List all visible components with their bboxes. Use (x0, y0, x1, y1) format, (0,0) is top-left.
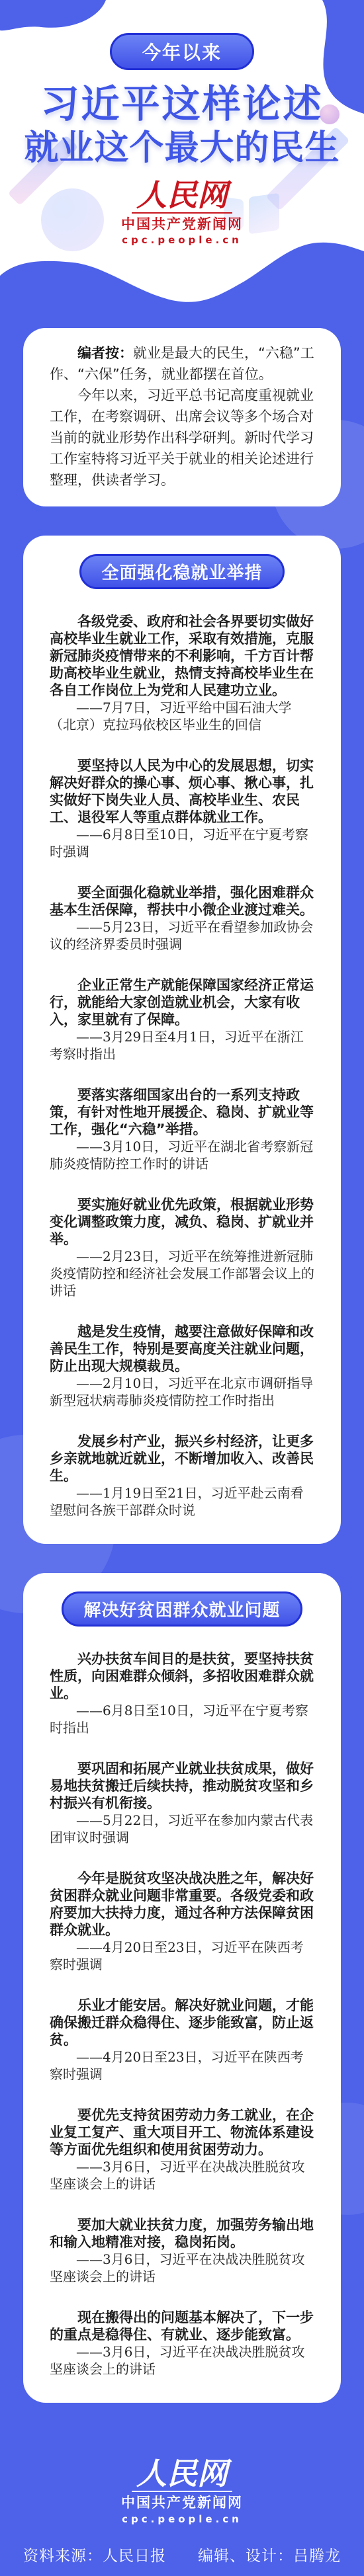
quote-source: ——2月10日，习近平在北京市调研指导新型冠状病毒肺炎疫情防控工作时指出 (50, 1375, 314, 1409)
page-title-line1: 习近平这样论述 (0, 83, 364, 126)
people-daily-logo-white: 人民网 中国共产党新闻网 cpc.people.cn (0, 2458, 364, 2526)
section-heading-pill: 全面强化稳就业举措 (79, 554, 284, 589)
quote-block: 要坚持以人民为中心的发展思想，切实解决好群众的操心事、烦心事、揪心事，扎实做好下… (50, 757, 314, 860)
quote-block: 发展乡村产业，振兴乡村经济，让更多乡亲就地就近就业，不断增加收入、改善民生。 —… (50, 1433, 314, 1519)
quote-block: 今年是脱贫攻坚决战决胜之年，解决好贫困群众就业问题非常重要。各级党委和政府要加大… (50, 1870, 314, 1973)
quote-block: 兴办扶贫车间目的是扶贫，要坚持扶贫性质，向困难群众倾斜，多招收困难群众就业。 —… (50, 1650, 314, 1736)
infographic-page: 今年以来 习近平这样论述 就业这个最大的民生 人民网 中国共产党新闻网 cpc.… (0, 0, 364, 2576)
editor-note-label: 编者按： (77, 345, 133, 361)
quote-source: ——3月29日至4月1日，习近平在浙江考察时指出 (50, 1028, 314, 1063)
quote-source: ——3月6日，习近平在决战决胜脱贫攻坚座谈会上的讲话 (50, 2251, 314, 2285)
quote-source: ——4月20日至23日，习近平在陕西考察时强调 (50, 1939, 314, 1973)
quote-list: 兴办扶贫车间目的是扶贫，要坚持扶贫性质，向困难群众倾斜，多招收困难群众就业。 —… (50, 1650, 314, 2378)
quote-list: 各级党委、政府和社会各界要切实做好高校毕业生就业工作，采取有效措施，克服新冠肺炎… (50, 613, 314, 1519)
quote-text: 各级党委、政府和社会各界要切实做好高校毕业生就业工作，采取有效措施，克服新冠肺炎… (50, 613, 314, 699)
quote-text: 发展乡村产业，振兴乡村经济，让更多乡亲就地就近就业，不断增加收入、改善民生。 (50, 1433, 314, 1484)
quote-text: 现在搬得出的问题基本解决了，下一步的重点是稳得住、有就业、逐步能致富。 (50, 2309, 314, 2343)
page-title-line2: 就业这个最大的民生 (0, 130, 364, 167)
editor-note-paragraph-2: 今年以来，习近平总书记高度重视就业工作，在考察调研、出席会议等多个场合对当前的就… (50, 385, 314, 491)
quote-block: 要优先支持贫困劳动力务工就业，在企业复工复产、重大项目开工、物流体系建设等方面优… (50, 2107, 314, 2193)
section-card: 全面强化稳就业举措 各级党委、政府和社会各界要切实做好高校毕业生就业工作，采取有… (23, 536, 341, 1544)
people-daily-script: 人民网 (0, 2458, 364, 2489)
quote-block: 乐业才能安居。解决好就业问题，才能确保搬迁群众稳得住、逐步能致富，防止返贫。 —… (50, 1997, 314, 2083)
site-url: cpc.people.cn (0, 233, 364, 248)
quote-block: 要加大就业扶贫力度，加强劳务输出地和输入地精准对接，稳岗拓岗。 ——3月6日，习… (50, 2216, 314, 2285)
quote-block: 要巩固和拓展产业就业扶贫成果，做好易地扶贫搬迁后续扶持，推动脱贫攻坚和乡村振兴有… (50, 1760, 314, 1846)
people-daily-logo-red: 人民网 中国共产党新闻网 cpc.people.cn (0, 179, 364, 248)
quote-block: 越是发生疫情，越要注意做好保障和改善民生工作，特别是要高度关注就业问题，防止出现… (50, 1323, 314, 1409)
credit-line: 资料来源：人民日报 编辑、设计：吕腾龙 (0, 2544, 364, 2565)
quote-source: ——2月23日，习近平在统筹推进新冠肺炎疫情防控和经济社会发展工作部署会议上的讲… (50, 1248, 314, 1299)
quote-text: 要加大就业扶贫力度，加强劳务输出地和输入地精准对接，稳岗拓岗。 (50, 2216, 314, 2251)
quote-text: 乐业才能安居。解决好就业问题，才能确保搬迁群众稳得住、逐步能致富，防止返贫。 (50, 1997, 314, 2048)
badge-pill: 今年以来 (110, 33, 254, 70)
sections-container: 全面强化稳就业举措 各级党委、政府和社会各界要切实做好高校毕业生就业工作，采取有… (0, 536, 364, 2403)
quote-text: 要全面强化稳就业举措，强化困难群众基本生活保障，帮扶中小微企业渡过难关。 (50, 884, 314, 918)
quote-block: 要落实落细国家出台的一系列支持政策，有针对性地开展援企、稳岗、扩就业等工作，强化… (50, 1086, 314, 1172)
site-name: 中国共产党新闻网 (0, 2495, 364, 2511)
quote-source: ——1月19日至21日，习近平赴云南看望慰问各族干部群众时说 (50, 1484, 314, 1519)
site-name: 中国共产党新闻网 (0, 216, 364, 233)
quote-source: ——3月10日，习近平在湖北省考察新冠肺炎疫情防控工作时的讲话 (50, 1138, 314, 1172)
quote-text: 企业正常生产就能保障国家经济正常运行，就能给大家创造就业机会，大家有收入，家里就… (50, 977, 314, 1028)
quote-source: ——5月22日，习近平在参加内蒙古代表团审议时强调 (50, 1812, 314, 1846)
quote-text: 要巩固和拓展产业就业扶贫成果，做好易地扶贫搬迁后续扶持，推动脱贫攻坚和乡村振兴有… (50, 1760, 314, 1812)
quote-text: 要优先支持贫困劳动力务工就业，在企业复工复产、重大项目开工、物流体系建设等方面优… (50, 2107, 314, 2158)
quote-block: 各级党委、政府和社会各界要切实做好高校毕业生就业工作，采取有效措施，克服新冠肺炎… (50, 613, 314, 733)
quote-text: 要落实落细国家出台的一系列支持政策，有针对性地开展援企、稳岗、扩就业等工作，强化… (50, 1086, 314, 1138)
quote-text: 要坚持以人民为中心的发展思想，切实解决好群众的操心事、烦心事、揪心事，扎实做好下… (50, 757, 314, 826)
section-heading-pill: 解决好贫困群众就业问题 (62, 1591, 302, 1627)
quote-block: 现在搬得出的问题基本解决了，下一步的重点是稳得住、有就业、逐步能致富。 ——3月… (50, 2309, 314, 2378)
quote-source: ——3月6日，习近平在决战决胜脱贫攻坚座谈会上的讲话 (50, 2158, 314, 2193)
site-url: cpc.people.cn (0, 2512, 364, 2527)
quote-source: ——5月23日，习近平在看望参加政协会议的经济界委员时强调 (50, 918, 314, 953)
editor-note-card: 编者按：就业是最大的民生，“六稳”工作、“六保”任务，就业都摆在首位。 今年以来… (23, 328, 341, 506)
quote-source: ——6月8日至10日，习近平在宁夏考察时指出 (50, 1702, 314, 1736)
quote-block: 要全面强化稳就业举措，强化困难群众基本生活保障，帮扶中小微企业渡过难关。 ——5… (50, 884, 314, 953)
people-daily-script: 人民网 (0, 179, 364, 211)
quote-text: 要实施好就业优先政策，根据就业形势变化调整政策力度，减负、稳岗、扩就业并举。 (50, 1196, 314, 1248)
quote-text: 今年是脱贫攻坚决战决胜之年，解决好贫困群众就业问题非常重要。各级党委和政府要加大… (50, 1870, 314, 1939)
section-card: 解决好贫困群众就业问题 兴办扶贫车间目的是扶贫，要坚持扶贫性质，向困难群众倾斜，… (23, 1573, 341, 2403)
footer: 人民网 中国共产党新闻网 cpc.people.cn 资料来源：人民日报 编辑、… (0, 2458, 364, 2565)
quote-source: ——7月7日，习近平给中国石油大学（北京）克拉玛依校区毕业生的回信 (50, 699, 314, 733)
header: 今年以来 习近平这样论述 就业这个最大的民生 人民网 中国共产党新闻网 cpc.… (0, 0, 364, 304)
quote-text: 兴办扶贫车间目的是扶贫，要坚持扶贫性质，向困难群众倾斜，多招收困难群众就业。 (50, 1650, 314, 1702)
quote-source: ——4月20日至23日，习近平在陕西考察时强调 (50, 2048, 314, 2083)
quote-block: 企业正常生产就能保障国家经济正常运行，就能给大家创造就业机会，大家有收入，家里就… (50, 977, 314, 1063)
quote-source: ——3月6日，习近平在决战决胜脱贫攻坚座谈会上的讲话 (50, 2343, 314, 2378)
quote-text: 越是发生疫情，越要注意做好保障和改善民生工作，特别是要高度关注就业问题，防止出现… (50, 1323, 314, 1375)
quote-block: 要实施好就业优先政策，根据就业形势变化调整政策力度，减负、稳岗、扩就业并举。 —… (50, 1196, 314, 1299)
editor-note-paragraph-1: 编者按：就业是最大的民生，“六稳”工作、“六保”任务，就业都摆在首位。 (50, 342, 314, 385)
quote-source: ——6月8日至10日，习近平在宁夏考察时强调 (50, 826, 314, 860)
